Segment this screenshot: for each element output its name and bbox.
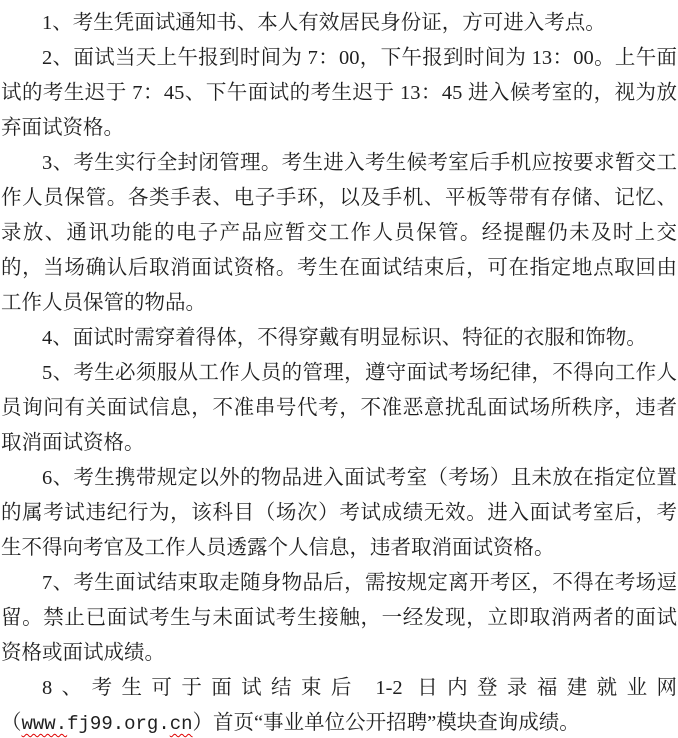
url-www-segment: www. [22,713,68,735]
rule-item-4: 4、面试时需穿着得体，不得穿戴有明显标识、特征的衣服和饰物。 [1,321,677,356]
rule-item-1: 1、考生凭面试通知书、本人有效居民身份证，方可进入考点。 [1,6,677,41]
rule-item-3: 3、考生实行全封闭管理。考生进入考生候考室后手机应按要求暂交工作人员保管。各类手… [1,146,677,321]
rule-item-6: 6、考生携带规定以外的物品进入面试考室（考场）且未放在指定位置的属考试违纪行为，… [1,461,677,566]
url-domain-segment: fj99.org. [67,713,170,735]
url-cn-segment: cn [170,713,193,735]
rule-item-5: 5、考生必须服从工作人员的管理，遵守面试考场纪律，不得向工作人员询问有关面试信息… [1,356,677,461]
rule-item-8: 8、考生可于面试结束后 1-2 日内登录福建就业网（www.fj99.org.c… [1,671,677,738]
website-url: www.fj99.org.cn [22,712,193,734]
rule-item-2: 2、面试当天上午报到时间为 7：00，下午报到时间为 13：00。上午面试的考生… [1,41,677,146]
rule-item-8-suffix: ）首页“事业单位公开招聘”模块查询成绩。 [193,712,580,734]
document-page: 1、考生凭面试通知书、本人有效居民身份证，方可进入考点。 2、面试当天上午报到时… [0,0,678,738]
rule-item-7: 7、考生面试结束取走随身物品后，需按规定离开考区，不得在考场逗留。禁止已面试考生… [1,566,677,671]
